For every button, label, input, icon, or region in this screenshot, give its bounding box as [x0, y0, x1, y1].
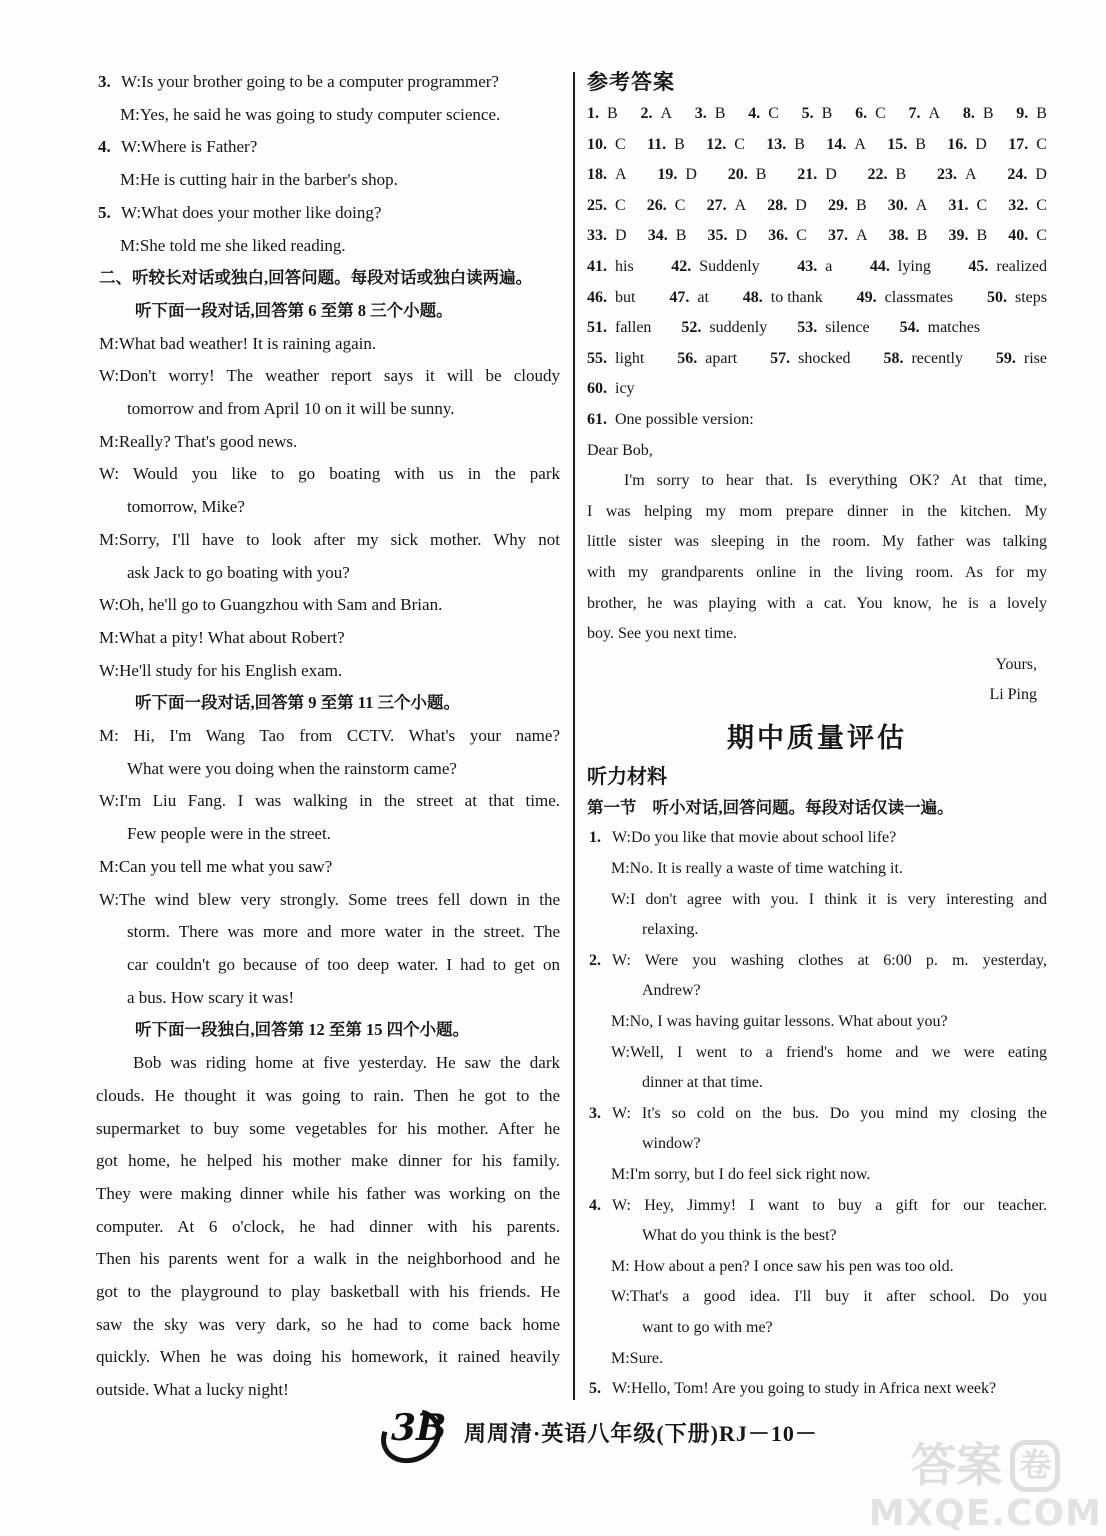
answer-pair: 28.D — [767, 191, 807, 222]
answer-number: 29. — [828, 197, 848, 214]
answer-number: 40. — [1008, 227, 1028, 244]
answer-value: B — [794, 136, 805, 153]
answer-number: 3. — [695, 105, 707, 122]
answer-pair: 9.B — [1016, 99, 1047, 130]
answer-row: 33.D34.B35.D36.C37.A38.B39.B40.C — [587, 221, 1047, 252]
transcript-line: They were making dinner while his father… — [96, 1178, 560, 1211]
answer-pair: 53.silence — [797, 313, 869, 344]
transcript-line: 4.W: Hey, Jimmy! I want to buy a gift fo… — [589, 1191, 1047, 1222]
item-number: 3. — [589, 1099, 612, 1130]
answer-number: 47. — [669, 289, 689, 306]
answer-value: D — [825, 166, 837, 183]
transcript-line: W:I'm Liu Fang. I was walking in the str… — [99, 785, 560, 818]
transcript-line: W:Oh, he'll go to Guangzhou with Sam and… — [99, 589, 560, 622]
listening-materials-heading: 听力材料 — [587, 761, 1047, 793]
answer-number: 56. — [677, 350, 697, 367]
transcript-line: M:Sure. — [611, 1344, 1047, 1375]
answer-number: 59. — [996, 350, 1016, 367]
item-61: 61.One possible version: — [587, 405, 1047, 436]
answer-number: 4. — [748, 105, 760, 122]
answer-value: A — [856, 227, 868, 244]
line-text: ask Jack to go boating with you? — [127, 563, 350, 582]
answer-pair: 35.D — [707, 221, 747, 252]
line-text: W:Oh, he'll go to Guangzhou with Sam and… — [99, 595, 442, 614]
answer-value: A — [660, 105, 672, 122]
answer-pair: 40.C — [1008, 221, 1047, 252]
answer-pair: 24.D — [1007, 160, 1047, 191]
letter-line: boy. See you next time. — [587, 619, 1047, 650]
answer-value: D — [1035, 166, 1047, 183]
line-text: W:Do you like that movie about school li… — [612, 829, 896, 846]
answer-value: classmates — [885, 289, 953, 306]
answer-number: 22. — [868, 166, 888, 183]
line-text: W:I'm Liu Fang. I was walking in the str… — [99, 791, 560, 810]
answer-value: a — [825, 258, 832, 275]
letter-salutation: Dear Bob, — [587, 436, 1047, 467]
line-text: window? — [642, 1135, 701, 1152]
transcript-line: 3.W: It's so cold on the bus. Do you min… — [589, 1099, 1047, 1130]
answer-value: A — [735, 197, 747, 214]
answer-pair: 36.C — [768, 221, 807, 252]
answer-value: D — [795, 197, 807, 214]
line-text: quickly. When he was doing his homework,… — [96, 1347, 560, 1366]
item-number: 4. — [98, 131, 121, 164]
letter-line: with my grandparents online in the livin… — [587, 558, 1047, 589]
line-text: relaxing. — [642, 921, 698, 938]
answer-value: C — [875, 105, 886, 122]
answer-value: A — [854, 136, 866, 153]
transcript-line: 二、听较长对话或独白,回答问题。每段对话或独白读两遍。 — [99, 262, 560, 295]
answer-value: at — [697, 289, 709, 306]
answer-value: A — [929, 105, 941, 122]
transcript-line: Then his parents went for a walk in the … — [96, 1243, 560, 1276]
line-text: want to go with me? — [642, 1319, 773, 1336]
midterm-dialogues: 1.W:Do you like that movie about school … — [587, 823, 1047, 1404]
answer-pair: 15.B — [887, 130, 926, 161]
answer-number: 19. — [657, 166, 677, 183]
line-text: tomorrow and from April 10 on it will be… — [127, 399, 455, 418]
item-number: 1. — [589, 823, 612, 854]
transcript-line: M:What bad weather! It is raining again. — [99, 328, 560, 361]
line-text: M:What bad weather! It is raining again. — [99, 334, 376, 353]
line-text: What do you think is the best? — [642, 1227, 837, 1244]
watermark-circle-icon: 卷 — [1010, 1440, 1060, 1491]
letter-closing: Yours, — [587, 650, 1047, 681]
answer-number: 27. — [707, 197, 727, 214]
line-text: I was helping my mom prepare dinner in t… — [587, 503, 1047, 520]
line-text: computer. At 6 o'clock, he had dinner wi… — [96, 1217, 560, 1236]
line-text: W:The wind blew very strongly. Some tree… — [99, 890, 560, 909]
answer-pair: 4.C — [748, 99, 779, 130]
transcript-line: M:No, I was having guitar lessons. What … — [611, 1007, 1047, 1038]
watermark-text: 答案 — [910, 1438, 1002, 1494]
answer-pair: 55.light — [587, 344, 644, 375]
footer: 3B 周周清·英语八年级(下册)RJ－10－ — [378, 1402, 818, 1462]
line-text: Few people were in the street. — [127, 824, 331, 843]
answer-value: light — [615, 350, 644, 367]
answer-pair: 33.D — [587, 221, 627, 252]
answer-pair: 13.B — [766, 130, 805, 161]
line-text: 听下面一段对话,回答第 6 至第 8 三个小题。 — [135, 301, 453, 320]
line-text: M:Sure. — [611, 1350, 663, 1367]
answer-value: C — [615, 136, 626, 153]
answers-heading: 参考答案 — [587, 66, 1047, 99]
transcript-line: 1.W:Do you like that movie about school … — [589, 823, 1047, 854]
answer-number: 53. — [797, 319, 817, 336]
answer-row: 41.his42.Suddenly43.a44.lying45.realized — [587, 252, 1047, 283]
line-text: M:Can you tell me what you saw? — [99, 857, 332, 876]
answer-number: 35. — [707, 227, 727, 244]
answer-pair: 46.but — [587, 283, 635, 314]
answer-number: 42. — [671, 258, 691, 275]
transcript-line: What do you think is the best? — [642, 1221, 1047, 1252]
answer-row: 46.but47.at48.to thank49.classmates50.st… — [587, 283, 1047, 314]
answer-value: B — [756, 166, 767, 183]
column-divider — [573, 72, 575, 1400]
answer-value: silence — [825, 319, 869, 336]
transcript-line: W: Would you like to go boating with us … — [99, 458, 560, 491]
answer-value: C — [1036, 197, 1047, 214]
brand-logo: 3B — [378, 1402, 446, 1462]
answer-pair: 37.A — [828, 221, 868, 252]
line-text: supermarket to buy some vegetables for h… — [96, 1119, 560, 1138]
logo-text: 3B — [391, 1407, 446, 1449]
answer-pair: 3.B — [695, 99, 726, 130]
answer-pair: 2.A — [640, 99, 672, 130]
answer-value: C — [734, 136, 745, 153]
page: 3.W:Is your brother going to be a comput… — [0, 0, 1106, 1536]
answer-value: recently — [911, 350, 963, 367]
answer-row: 1.B2.A3.B4.C5.B6.C7.A8.B9.B — [587, 99, 1047, 130]
answer-value: D — [975, 136, 987, 153]
transcript-line: got home, he helped his mother make dinn… — [96, 1145, 560, 1178]
transcript-line: 听下面一段独白,回答第 12 至第 15 四个小题。 — [135, 1014, 560, 1047]
answer-number: 55. — [587, 350, 607, 367]
answer-pair: 5.B — [802, 99, 833, 130]
answer-pair: 60.icy — [587, 374, 635, 405]
answer-value: B — [715, 105, 726, 122]
letter-line: I was helping my mom prepare dinner in t… — [587, 497, 1047, 528]
line-text: saw the sky was very dark, so he had to … — [96, 1315, 560, 1334]
transcript-line: ask Jack to go boating with you? — [127, 557, 560, 590]
line-text: brother, he was playing with a cat. You … — [587, 595, 1047, 612]
answer-number: 36. — [768, 227, 788, 244]
line-text: storm. There was more and more water in … — [127, 922, 560, 941]
line-text: W:What does your mother like doing? — [121, 203, 381, 222]
line-text: W:Well, I went to a friend's home and we… — [611, 1044, 1047, 1061]
answer-number: 37. — [828, 227, 848, 244]
watermark-url: MXQE.COM — [869, 1494, 1102, 1534]
watermark-brand: 答案 卷 — [869, 1438, 1102, 1494]
answer-number: 45. — [968, 258, 988, 275]
answer-value: C — [1036, 227, 1047, 244]
answer-value: A — [965, 166, 977, 183]
line-text: W:I don't agree with you. I think it is … — [611, 891, 1047, 908]
line-text: W:He'll study for his English exam. — [99, 661, 342, 680]
answer-pair: 43.a — [797, 252, 832, 283]
answer-number: 60. — [587, 380, 607, 397]
transcript-line: 2.W: Were you washing clothes at 6:00 p.… — [589, 946, 1047, 977]
answer-number: 13. — [766, 136, 786, 153]
line-text: M: Hi, I'm Wang Tao from CCTV. What's yo… — [99, 726, 560, 745]
transcript-line: a bus. How scary it was! — [127, 982, 560, 1015]
answer-pair: 22.B — [868, 160, 907, 191]
answer-value: realized — [996, 258, 1047, 275]
answer-value: his — [615, 258, 634, 275]
line-text: They were making dinner while his father… — [96, 1184, 560, 1203]
answer-number: 23. — [937, 166, 957, 183]
answer-value: A — [916, 197, 928, 214]
answer-value: D — [615, 227, 627, 244]
line-text: clouds. He thought it was going to rain.… — [96, 1086, 560, 1105]
answer-pair: 12.C — [706, 130, 745, 161]
line-text: M:She told me she liked reading. — [120, 236, 346, 255]
transcript-line: storm. There was more and more water in … — [127, 916, 560, 949]
line-text: M:Really? That's good news. — [99, 432, 297, 451]
section1-text: 听小对话,回答问题。每段对话仅读一遍。 — [653, 798, 954, 817]
transcript-line: tomorrow and from April 10 on it will be… — [127, 393, 560, 426]
answer-number: 48. — [743, 289, 763, 306]
answer-number: 38. — [889, 227, 909, 244]
line-text: with my grandparents online in the livin… — [587, 564, 1047, 581]
answer-value: B — [607, 105, 618, 122]
answer-value: C — [976, 197, 987, 214]
answer-value: B — [676, 227, 687, 244]
answer-number: 7. — [909, 105, 921, 122]
answer-value: B — [1036, 105, 1047, 122]
answer-pair: 51.fallen — [587, 313, 651, 344]
transcript-line: got to the playground to play basketball… — [96, 1276, 560, 1309]
transcript-line: 4.W:Where is Father? — [98, 131, 560, 164]
transcript-line: W:Well, I went to a friend's home and we… — [611, 1038, 1047, 1069]
answer-pair: 8.B — [963, 99, 994, 130]
transcript-line: 3.W:Is your brother going to be a comput… — [98, 66, 560, 99]
answer-number: 10. — [587, 136, 607, 153]
answer-pair: 59.rise — [996, 344, 1047, 375]
answer-number: 1. — [587, 105, 599, 122]
answer-pair: 27.A — [707, 191, 747, 222]
answer-value: but — [615, 289, 635, 306]
answer-number: 57. — [770, 350, 790, 367]
answer-number: 28. — [767, 197, 787, 214]
letter-body: I'm sorry to hear that. Is everything OK… — [587, 466, 1047, 650]
transcript-line: supermarket to buy some vegetables for h… — [96, 1113, 560, 1146]
answer-number: 25. — [587, 197, 607, 214]
line-text: outside. What a lucky night! — [96, 1380, 289, 1399]
transcript-line: clouds. He thought it was going to rain.… — [96, 1080, 560, 1113]
watermark: 答案 卷 MXQE.COM — [869, 1438, 1102, 1534]
line-text: W:Where is Father? — [121, 137, 257, 156]
line-text: M: How about a pen? I once saw his pen w… — [611, 1258, 954, 1275]
answer-pair: 11.B — [647, 130, 685, 161]
answer-value: A — [615, 166, 627, 183]
transcript-line: M: Hi, I'm Wang Tao from CCTV. What's yo… — [99, 720, 560, 753]
line-text: 二、听较长对话或独白,回答问题。每段对话或独白读两遍。 — [99, 268, 532, 287]
answer-number: 2. — [640, 105, 652, 122]
left-column: 3.W:Is your brother going to be a comput… — [96, 66, 560, 1407]
answer-number: 52. — [681, 319, 701, 336]
line-text: car couldn't go because of too deep wate… — [127, 955, 560, 974]
answer-number: 58. — [883, 350, 903, 367]
answer-number: 5. — [802, 105, 814, 122]
answer-value: icy — [615, 380, 635, 397]
answer-value: rise — [1024, 350, 1047, 367]
answer-value: B — [983, 105, 994, 122]
answer-value: B — [674, 136, 685, 153]
answer-number: 49. — [857, 289, 877, 306]
answer-pair: 54.matches — [900, 313, 980, 344]
answer-number: 50. — [987, 289, 1007, 306]
transcript-line: M:Yes, he said he was going to study com… — [120, 99, 560, 132]
answer-row: 10.C11.B12.C13.B14.A15.B16.D17.C — [587, 130, 1047, 161]
answer-row: 25.C26.C27.A28.D29.B30.A31.C32.C — [587, 191, 1047, 222]
section1-label: 第一节 — [587, 798, 637, 817]
answer-number: 39. — [948, 227, 968, 244]
answer-number: 21. — [797, 166, 817, 183]
answer-number: 32. — [1008, 197, 1028, 214]
answer-value: C — [1036, 136, 1047, 153]
transcript-line: car couldn't go because of too deep wate… — [127, 949, 560, 982]
answer-value: B — [822, 105, 833, 122]
line-text: 听下面一段对话,回答第 9 至第 11 三个小题。 — [135, 693, 460, 712]
line-text: W:That's a good idea. I'll buy it after … — [611, 1288, 1047, 1305]
answer-value: steps — [1015, 289, 1047, 306]
line-text: M:I'm sorry, but I do feel sick right no… — [611, 1166, 870, 1183]
line-text: What were you doing when the rainstorm c… — [127, 759, 457, 778]
transcript-line: W:Don't worry! The weather report says i… — [99, 360, 560, 393]
answer-number: 16. — [947, 136, 967, 153]
transcript-line: 5.W:What does your mother like doing? — [98, 197, 560, 230]
answer-pair: 39.B — [948, 221, 987, 252]
line-text: One possible version: — [615, 411, 754, 428]
answer-number: 20. — [728, 166, 748, 183]
transcript-line: M:She told me she liked reading. — [120, 230, 560, 263]
line-text: M:He is cutting hair in the barber's sho… — [120, 170, 398, 189]
answer-row: 55.light56.apart57.shocked58.recently59.… — [587, 344, 1047, 375]
answer-pair: 21.D — [797, 160, 837, 191]
answer-pair: 50.steps — [987, 283, 1047, 314]
answer-pair: 34.B — [648, 221, 687, 252]
section1-heading: 第一节听小对话,回答问题。每段对话仅读一遍。 — [587, 793, 1047, 824]
answer-number: 43. — [797, 258, 817, 275]
answer-pair: 52.suddenly — [681, 313, 767, 344]
answer-value: fallen — [615, 319, 651, 336]
answer-pair: 49.classmates — [857, 283, 953, 314]
answer-number: 54. — [900, 319, 920, 336]
transcript-line: saw the sky was very dark, so he had to … — [96, 1309, 560, 1342]
answer-number: 26. — [647, 197, 667, 214]
answer-number: 6. — [855, 105, 867, 122]
footer-title: 周周清·英语八年级(下册)RJ－10－ — [464, 1417, 818, 1448]
right-column: 参考答案 1.B2.A3.B4.C5.B6.C7.A8.B9.B 10.C11.… — [587, 66, 1047, 1405]
answer-number: 15. — [887, 136, 907, 153]
line-text: 听下面一段独白,回答第 12 至第 15 四个小题。 — [135, 1020, 469, 1039]
answer-number: 34. — [648, 227, 668, 244]
transcript-line: M:Sorry, I'll have to look after my sick… — [99, 524, 560, 557]
transcript-line: Andrew? — [642, 976, 1047, 1007]
line-text: M:No, I was having guitar lessons. What … — [611, 1013, 948, 1030]
answer-number: 31. — [948, 197, 968, 214]
transcript-line: M:I'm sorry, but I do feel sick right no… — [611, 1160, 1047, 1191]
answer-pair: 7.A — [909, 99, 941, 130]
line-text: a bus. How scary it was! — [127, 988, 294, 1007]
line-text: W: Hey, Jimmy! I want to buy a gift for … — [612, 1197, 1047, 1214]
answer-value: suddenly — [709, 319, 767, 336]
transcript-line: W:He'll study for his English exam. — [99, 655, 560, 688]
answer-value: B — [917, 227, 928, 244]
transcript-line: relaxing. — [642, 915, 1047, 946]
transcript-line: 5.W:Hello, Tom! Are you going to study i… — [589, 1374, 1047, 1405]
answer-pair: 14.A — [826, 130, 866, 161]
line-text: W:Don't worry! The weather report says i… — [99, 366, 560, 385]
item-number: 61. — [587, 411, 607, 428]
answer-pair: 41.his — [587, 252, 634, 283]
answer-number: 46. — [587, 289, 607, 306]
answer-pair: 6.C — [855, 99, 886, 130]
transcript-line: dinner at that time. — [642, 1068, 1047, 1099]
midterm-heading: 期中质量评估 — [587, 715, 1047, 761]
answer-number: 44. — [870, 258, 890, 275]
transcript-line: 听下面一段对话,回答第 6 至第 8 三个小题。 — [135, 295, 560, 328]
answer-number: 24. — [1007, 166, 1027, 183]
transcript-line: M:What a pity! What about Robert? — [99, 622, 560, 655]
line-text: boy. See you next time. — [587, 625, 737, 642]
item-number: 2. — [589, 946, 612, 977]
answer-number: 11. — [647, 136, 666, 153]
answer-pair: 30.A — [888, 191, 928, 222]
answer-pair: 29.B — [828, 191, 867, 222]
answer-value: B — [976, 227, 987, 244]
answer-value: D — [735, 227, 747, 244]
transcript-line: window? — [642, 1129, 1047, 1160]
answer-pair: 16.D — [947, 130, 987, 161]
transcript-line: W:I don't agree with you. I think it is … — [611, 885, 1047, 916]
line-text: W: It's so cold on the bus. Do you mind … — [612, 1105, 1047, 1122]
transcript-line: M:Can you tell me what you saw? — [99, 851, 560, 884]
answer-pair: 19.D — [657, 160, 697, 191]
answer-pair: 10.C — [587, 130, 626, 161]
answer-pair: 38.B — [889, 221, 928, 252]
answer-pair: 1.B — [587, 99, 618, 130]
answer-number: 51. — [587, 319, 607, 336]
answer-number: 30. — [888, 197, 908, 214]
item-number: 3. — [98, 66, 121, 99]
answer-value: C — [796, 227, 807, 244]
line-text: I'm sorry to hear that. Is everything OK… — [624, 472, 1047, 489]
answer-value: lying — [898, 258, 931, 275]
line-text: W: Were you washing clothes at 6:00 p. m… — [612, 952, 1047, 969]
transcript-line: W:The wind blew very strongly. Some tree… — [99, 884, 560, 917]
answer-pair: 57.shocked — [770, 344, 850, 375]
answer-value: B — [915, 136, 926, 153]
line-text: M:No. It is really a waste of time watch… — [611, 860, 903, 877]
answer-pair: 45.realized — [968, 252, 1047, 283]
transcript-line: tomorrow, Mike? — [127, 491, 560, 524]
answer-number: 8. — [963, 105, 975, 122]
answer-pair: 47.at — [669, 283, 709, 314]
answer-value: apart — [705, 350, 737, 367]
transcript-line: M:Really? That's good news. — [99, 426, 560, 459]
transcript-line: Bob was riding home at five yesterday. H… — [96, 1047, 560, 1080]
answer-number: 17. — [1008, 136, 1028, 153]
answer-value: to thank — [771, 289, 823, 306]
item-number: 4. — [589, 1191, 612, 1222]
answer-value: B — [896, 166, 907, 183]
line-text: got home, he helped his mother make dinn… — [96, 1151, 560, 1170]
answer-pair: 23.A — [937, 160, 977, 191]
line-text: got to the playground to play basketball… — [96, 1282, 560, 1301]
line-text: W:Is your brother going to be a computer… — [121, 72, 499, 91]
